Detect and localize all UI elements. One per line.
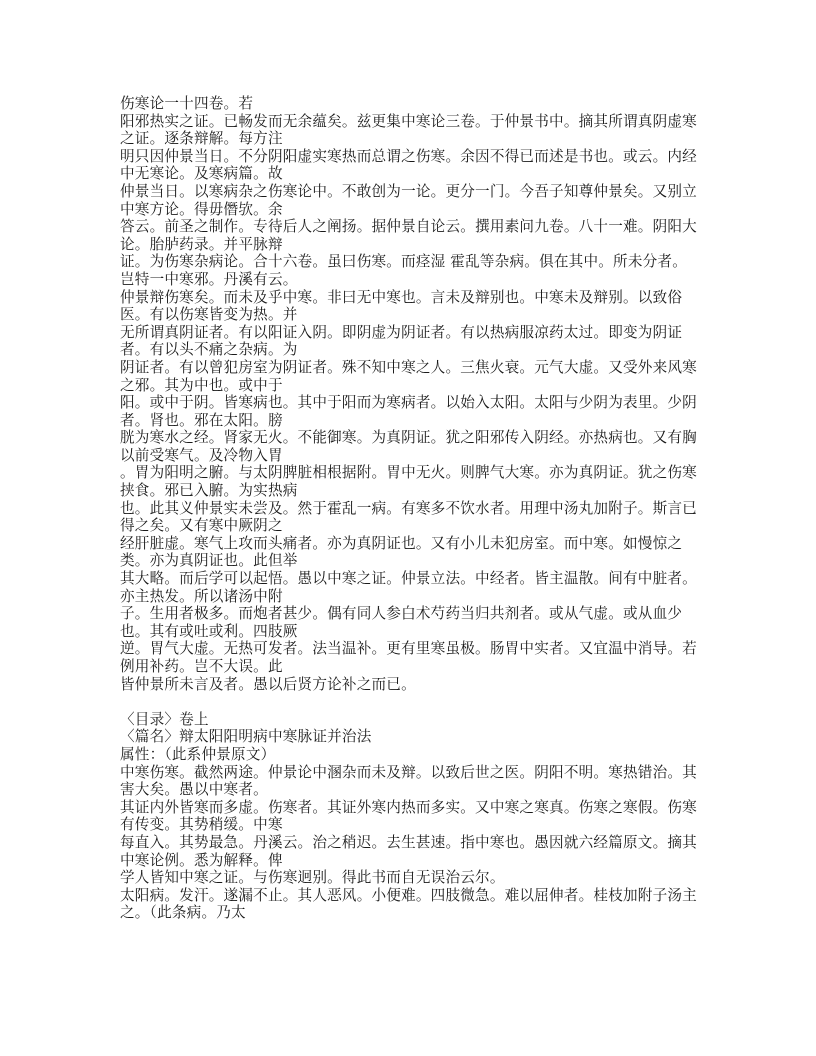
body-line: 中寒伤寒。截然两途。仲景论中溷杂而未及辩。以致后世之医。阴阳不明。寒热错治。其害…	[120, 764, 700, 799]
attribute-line: 属性：（此系仲景原文）	[120, 746, 700, 764]
blank-line	[120, 693, 700, 711]
body-line: 每直入。其势最急。丹溪云。治之稍迟。去生甚速。指中寒也。愚因就六经篇原文。摘其中…	[120, 834, 700, 869]
body-line: 学人皆知中寒之证。与伤寒迥别。得此书而自无误治云尔。	[120, 869, 700, 887]
preface-line: 仲景辩伤寒矣。而未及乎中寒。非曰无中寒也。言未及辩别也。中寒未及辩别。以致俗医。…	[120, 289, 700, 324]
document-page: 伤寒论一十四卷。若 阳邪热实之证。已畅发而无余蕴矣。兹更集中寒论三卷。于仲景书中…	[120, 95, 700, 922]
preface-line: 伤寒论一十四卷。若	[120, 95, 700, 113]
preface-line: 经肝脏虚。寒气上攻而头痛者。亦为真阴证也。又有小儿未犯房室。而中寒。如慢惊之类。…	[120, 535, 700, 570]
preface-line: 明只因仲景当日。不分阴阳虚实寒热而总谓之伤寒。余因不得已而述是书也。或云。内经中…	[120, 148, 700, 183]
preface-line: 也。此其义仲景实未尝及。然于霍乱一病。有寒多不饮水者。用理中汤丸加附子。斯言已得…	[120, 500, 700, 535]
preface-line: 阴证者。有以曾犯房室为阴证者。殊不知中寒之人。三焦火衰。元气大虚。又受外来风寒之…	[120, 359, 700, 394]
preface-line: 胱为寒水之经。肾家无火。不能御寒。为真阴证。犹之阳邪传入阴经。亦热病也。又有胸以…	[120, 429, 700, 464]
chapter-title: 〈篇名〉辩太阳阳明病中寒脉证并治法	[120, 728, 700, 746]
preface-line: 无所谓真阴证者。有以阳证入阴。即阴虚为阴证者。有以热病服凉药太过。即变为阴证者。…	[120, 324, 700, 359]
preface-line: 仲景当日。以寒病杂之伤寒论中。不敢创为一论。更分一门。今吾子知尊仲景矣。又别立中…	[120, 183, 700, 218]
preface-line: 逆。胃气大虚。无热可发者。法当温补。更有里寒虽极。肠胃中实者。又宜温中消导。若例…	[120, 640, 700, 675]
preface-line: 答云。前圣之制作。专待后人之阐扬。据仲景自论云。撰用素问九卷。八十一难。阴阳大论…	[120, 218, 700, 253]
preface-line: 阳。或中于阴。皆寒病也。其中于阳而为寒病者。以始入太阳。太阳与少阴为表里。少阴者…	[120, 394, 700, 429]
preface-line: 。胃为阳明之腑。与太阴脾脏相根据附。胃中无火。则脾气大寒。亦为真阴证。犹之伤寒挟…	[120, 464, 700, 499]
preface-line: 皆仲景所未言及者。愚以后贤方论补之而已。	[120, 676, 700, 694]
toc-line: 〈目录〉卷上	[120, 711, 700, 729]
preface-line: 子。生用者极多。而炮者甚少。偶有同人参白术芍药当归共剂者。或从气虚。或从血少也。…	[120, 605, 700, 640]
body-line: 其证内外皆寒而多虚。伤寒者。其证外寒内热而多实。又中寒之寒真。伤寒之寒假。伤寒有…	[120, 799, 700, 834]
preface-line: 阳邪热实之证。已畅发而无余蕴矣。兹更集中寒论三卷。于仲景书中。摘其所谓真阴虚寒之…	[120, 113, 700, 148]
preface-line: 证。为伤寒杂病论。合十六卷。虽曰伤寒。而痉湿 霍乱等杂病。俱在其中。所未分者。岂…	[120, 253, 700, 288]
preface-line: 其大略。而后学可以起悟。愚以中寒之证。仲景立法。中经者。皆主温散。间有中脏者。亦…	[120, 570, 700, 605]
body-line: 太阳病。发汗。遂漏不止。其人恶风。小便难。四肢微急。难以屈伸者。桂枝加附子汤主之…	[120, 887, 700, 922]
